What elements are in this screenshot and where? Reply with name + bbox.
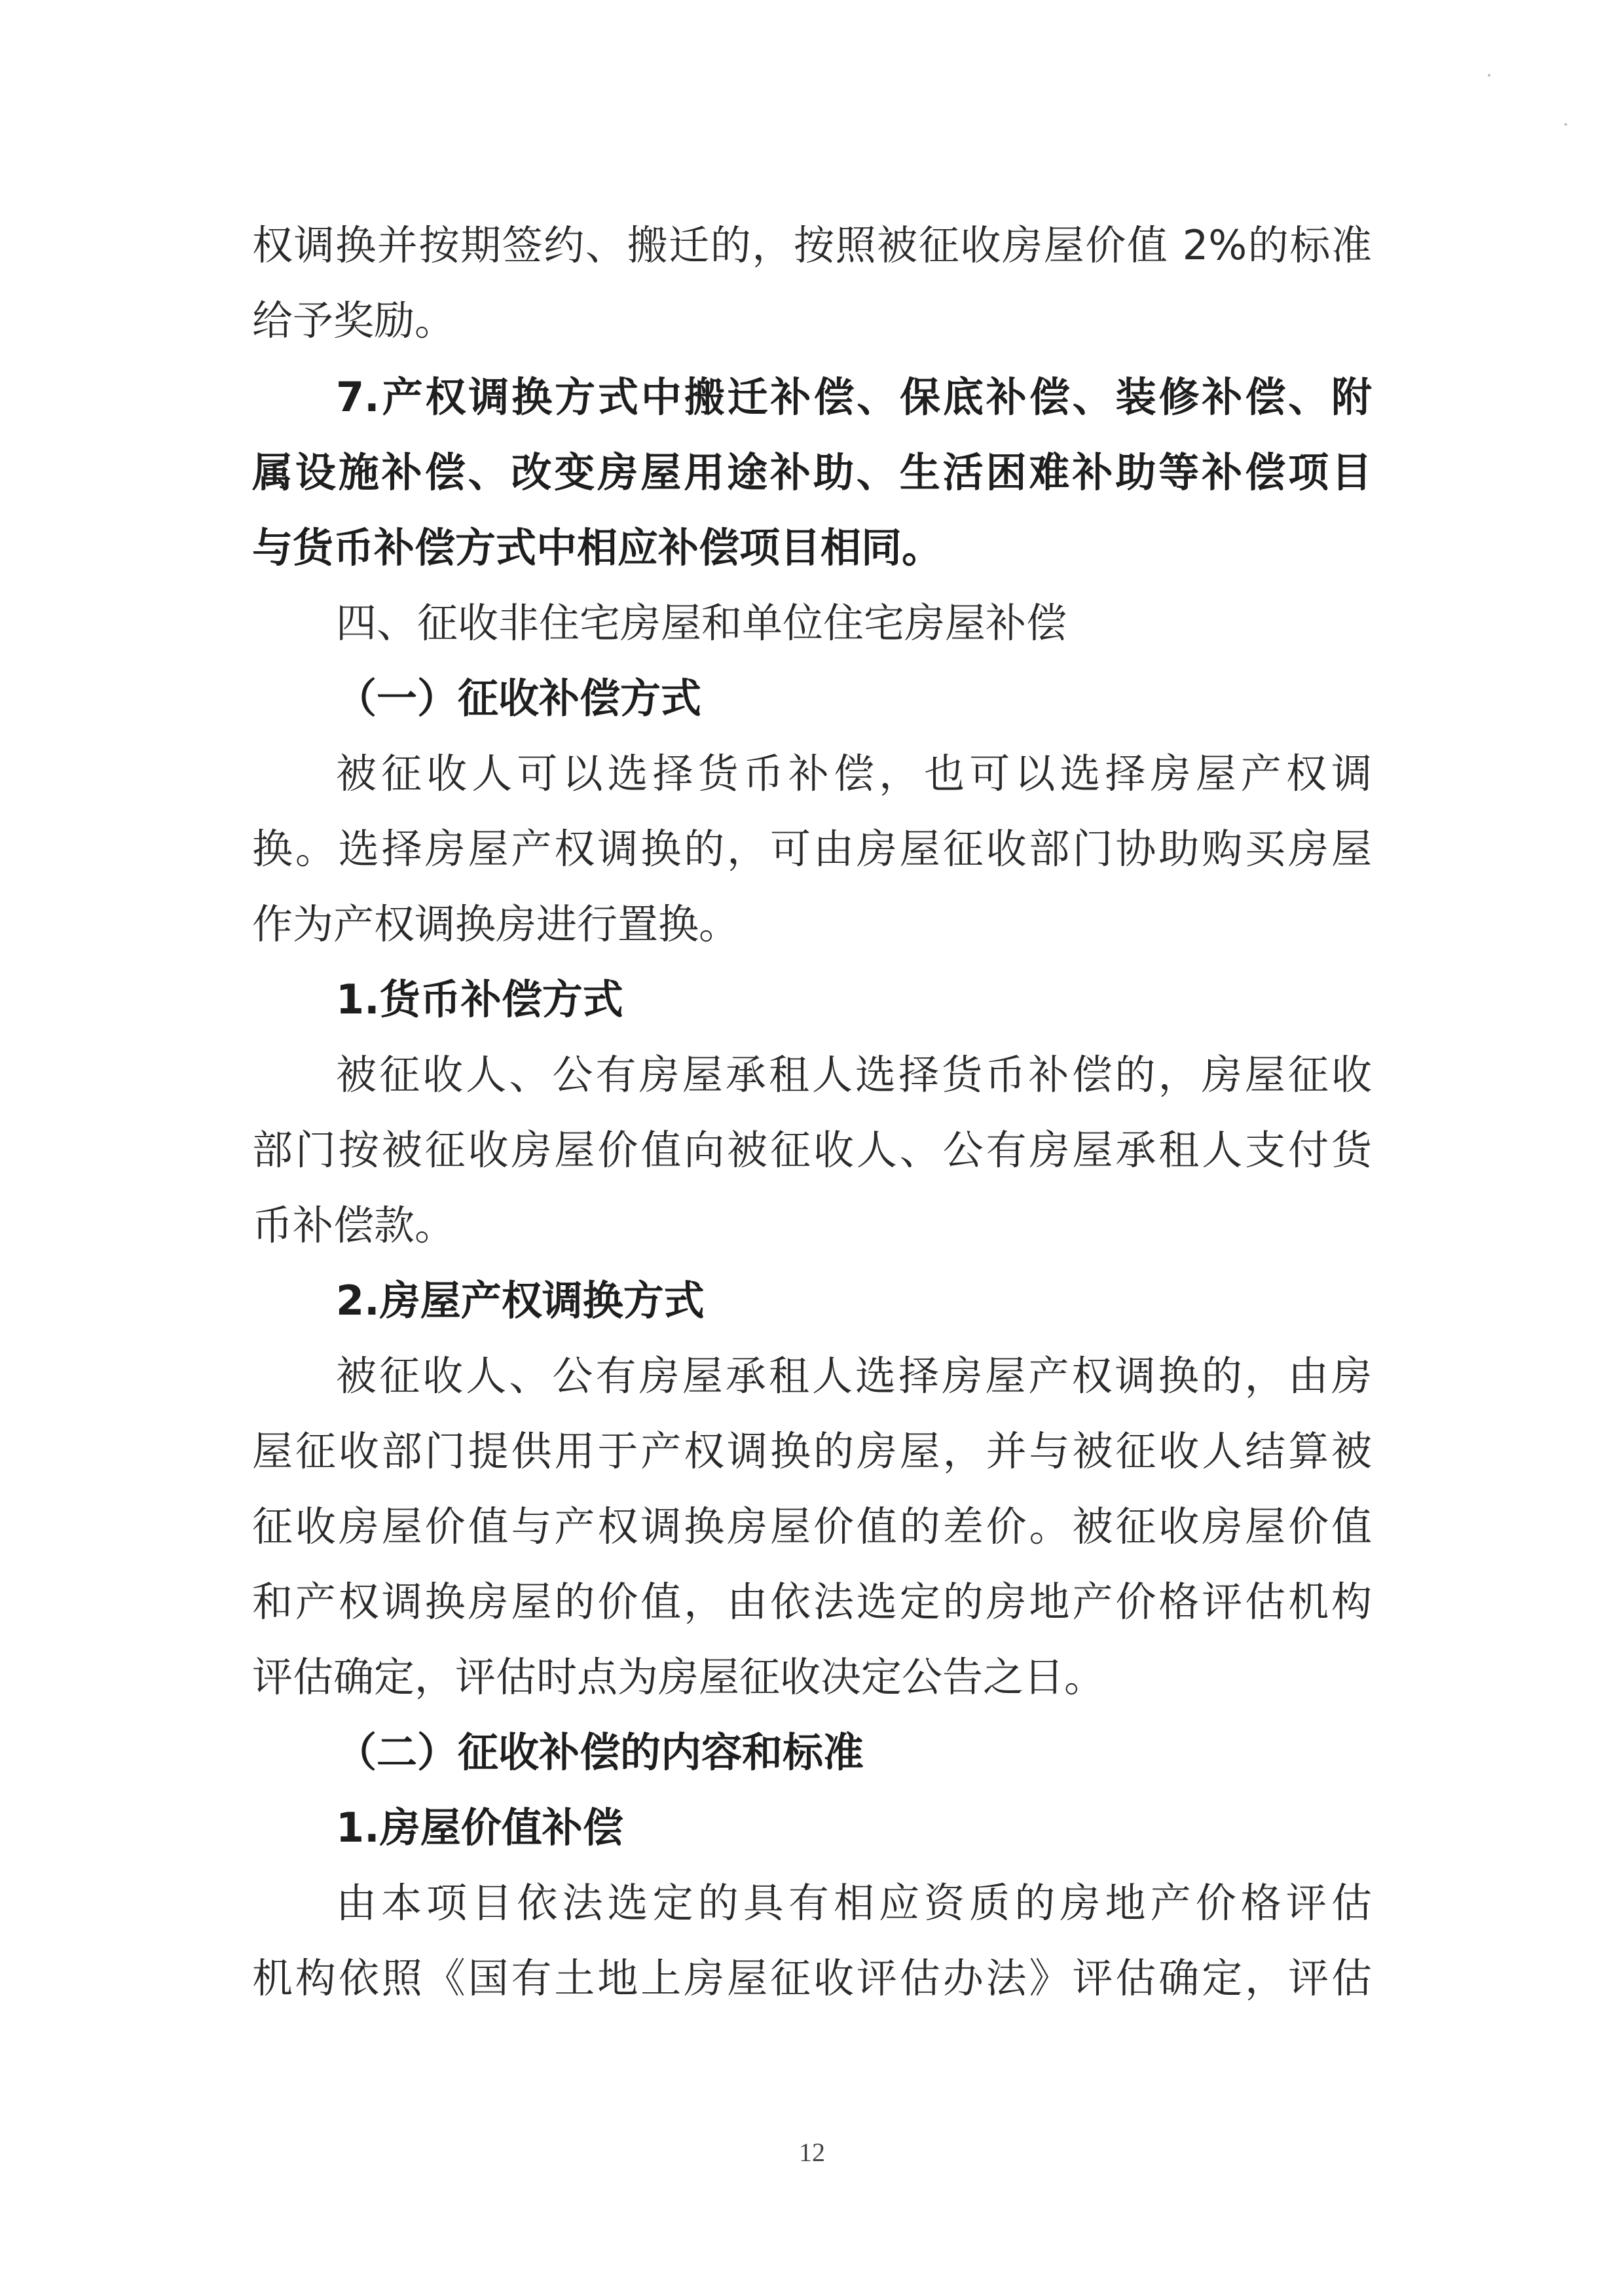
item-2-heading: 2.房屋产权调换方式	[252, 1275, 705, 1327]
item-7-heading-line: 属设施补偿、改变房屋用途补助、生活困难补助等补偿项目	[252, 446, 1372, 499]
subsection-2-heading: （二）征收补偿的内容和标准	[252, 1726, 864, 1779]
paragraph-line: 被征收人、公有房屋承租人选择房屋产权调换的，由房	[252, 1350, 1372, 1402]
scan-speck	[1488, 74, 1490, 77]
paragraph-line: 机构依照《国有土地上房屋征收评估办法》评估确定，评估	[252, 1952, 1372, 2005]
scan-speck	[1564, 123, 1567, 126]
subsection-1-heading: （一）征收补偿方式	[252, 672, 701, 725]
item-7-heading-line: 与货币补偿方式中相应补偿项目相同。	[252, 522, 942, 574]
paragraph-line: 由本项目依法选定的具有相应资质的房地产价格评估	[252, 1877, 1372, 1929]
paragraph-line: 和产权调换房屋的价值，由依法选定的房地产价格评估机构	[252, 1576, 1372, 1628]
page-number: 12	[0, 2137, 1624, 2168]
paragraph-line: 评估确定，评估时点为房屋征收决定公告之日。	[252, 1651, 1105, 1704]
paragraph-line: 换。选择房屋产权调换的，可由房屋征收部门协助购买房屋	[252, 823, 1372, 875]
paragraph-line: 部门按被征收房屋价值向被征收人、公有房屋承租人支付货	[252, 1124, 1372, 1176]
item-1-heading: 1.房屋价值补偿	[252, 1802, 623, 1854]
paragraph-line: 征收房屋价值与产权调换房屋价值的差价。被征收房屋价值	[252, 1501, 1372, 1553]
section-4-heading: 四、征收非住宅房屋和单位住宅房屋补偿	[252, 597, 1067, 649]
paragraph-line: 币补偿款。	[252, 1199, 455, 1252]
paragraph-line: 被征收人可以选择货币补偿，也可以选择房屋产权调	[252, 748, 1372, 800]
paragraph-line: 被征收人、公有房屋承租人选择货币补偿的，房屋征收	[252, 1049, 1372, 1101]
item-1-heading: 1.货币补偿方式	[252, 974, 623, 1026]
paragraph-line: 屋征收部门提供用于产权调换的房屋，并与被征收人结算被	[252, 1425, 1372, 1478]
paragraph-line: 给予奖励。	[252, 295, 455, 347]
paragraph-line: 作为产权调换房进行置换。	[252, 898, 739, 951]
item-7-heading-line: 7.产权调换方式中搬迁补偿、保底补偿、装修补偿、附	[252, 371, 1372, 424]
paragraph-line: 权调换并按期签约、搬迁的，按照被征收房屋价值 2%的标准	[252, 219, 1372, 272]
